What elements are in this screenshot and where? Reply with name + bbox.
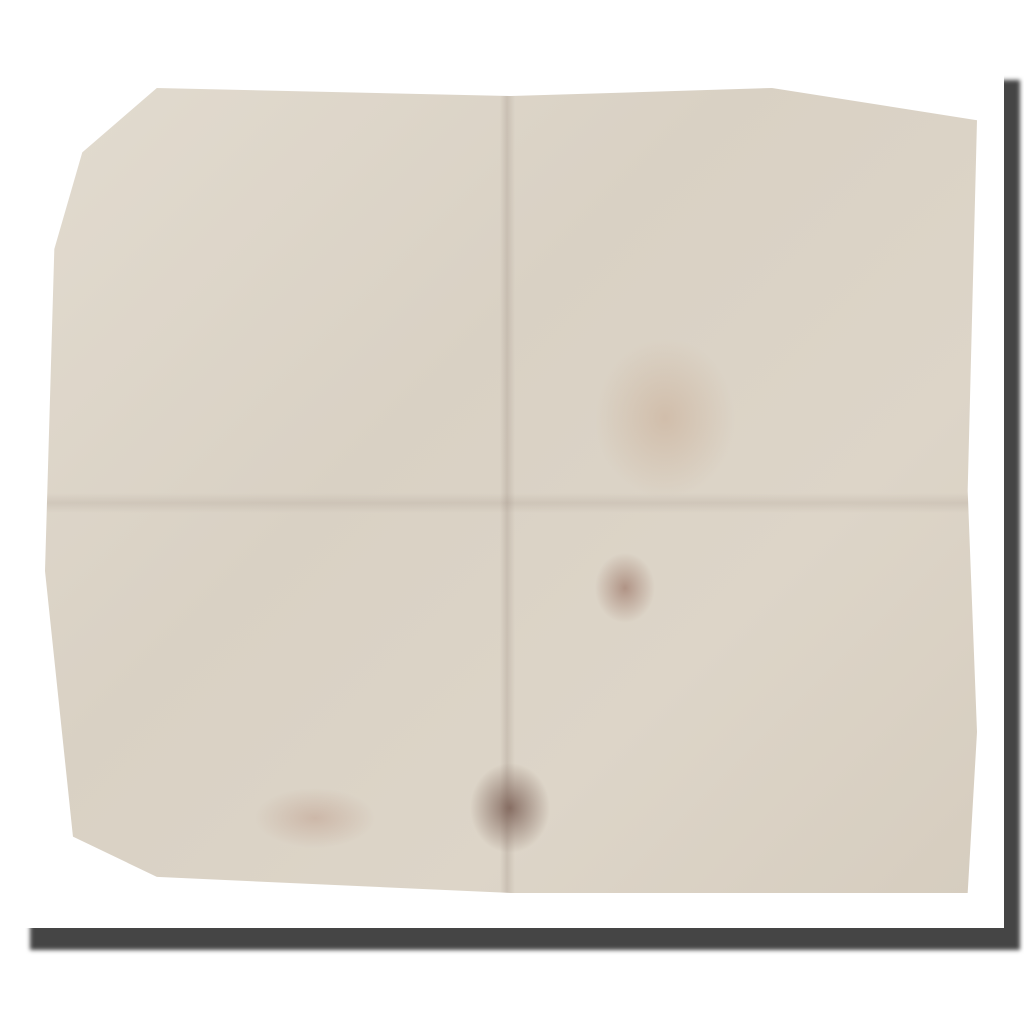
photo-frame [0,0,1004,928]
banknote [45,88,977,893]
